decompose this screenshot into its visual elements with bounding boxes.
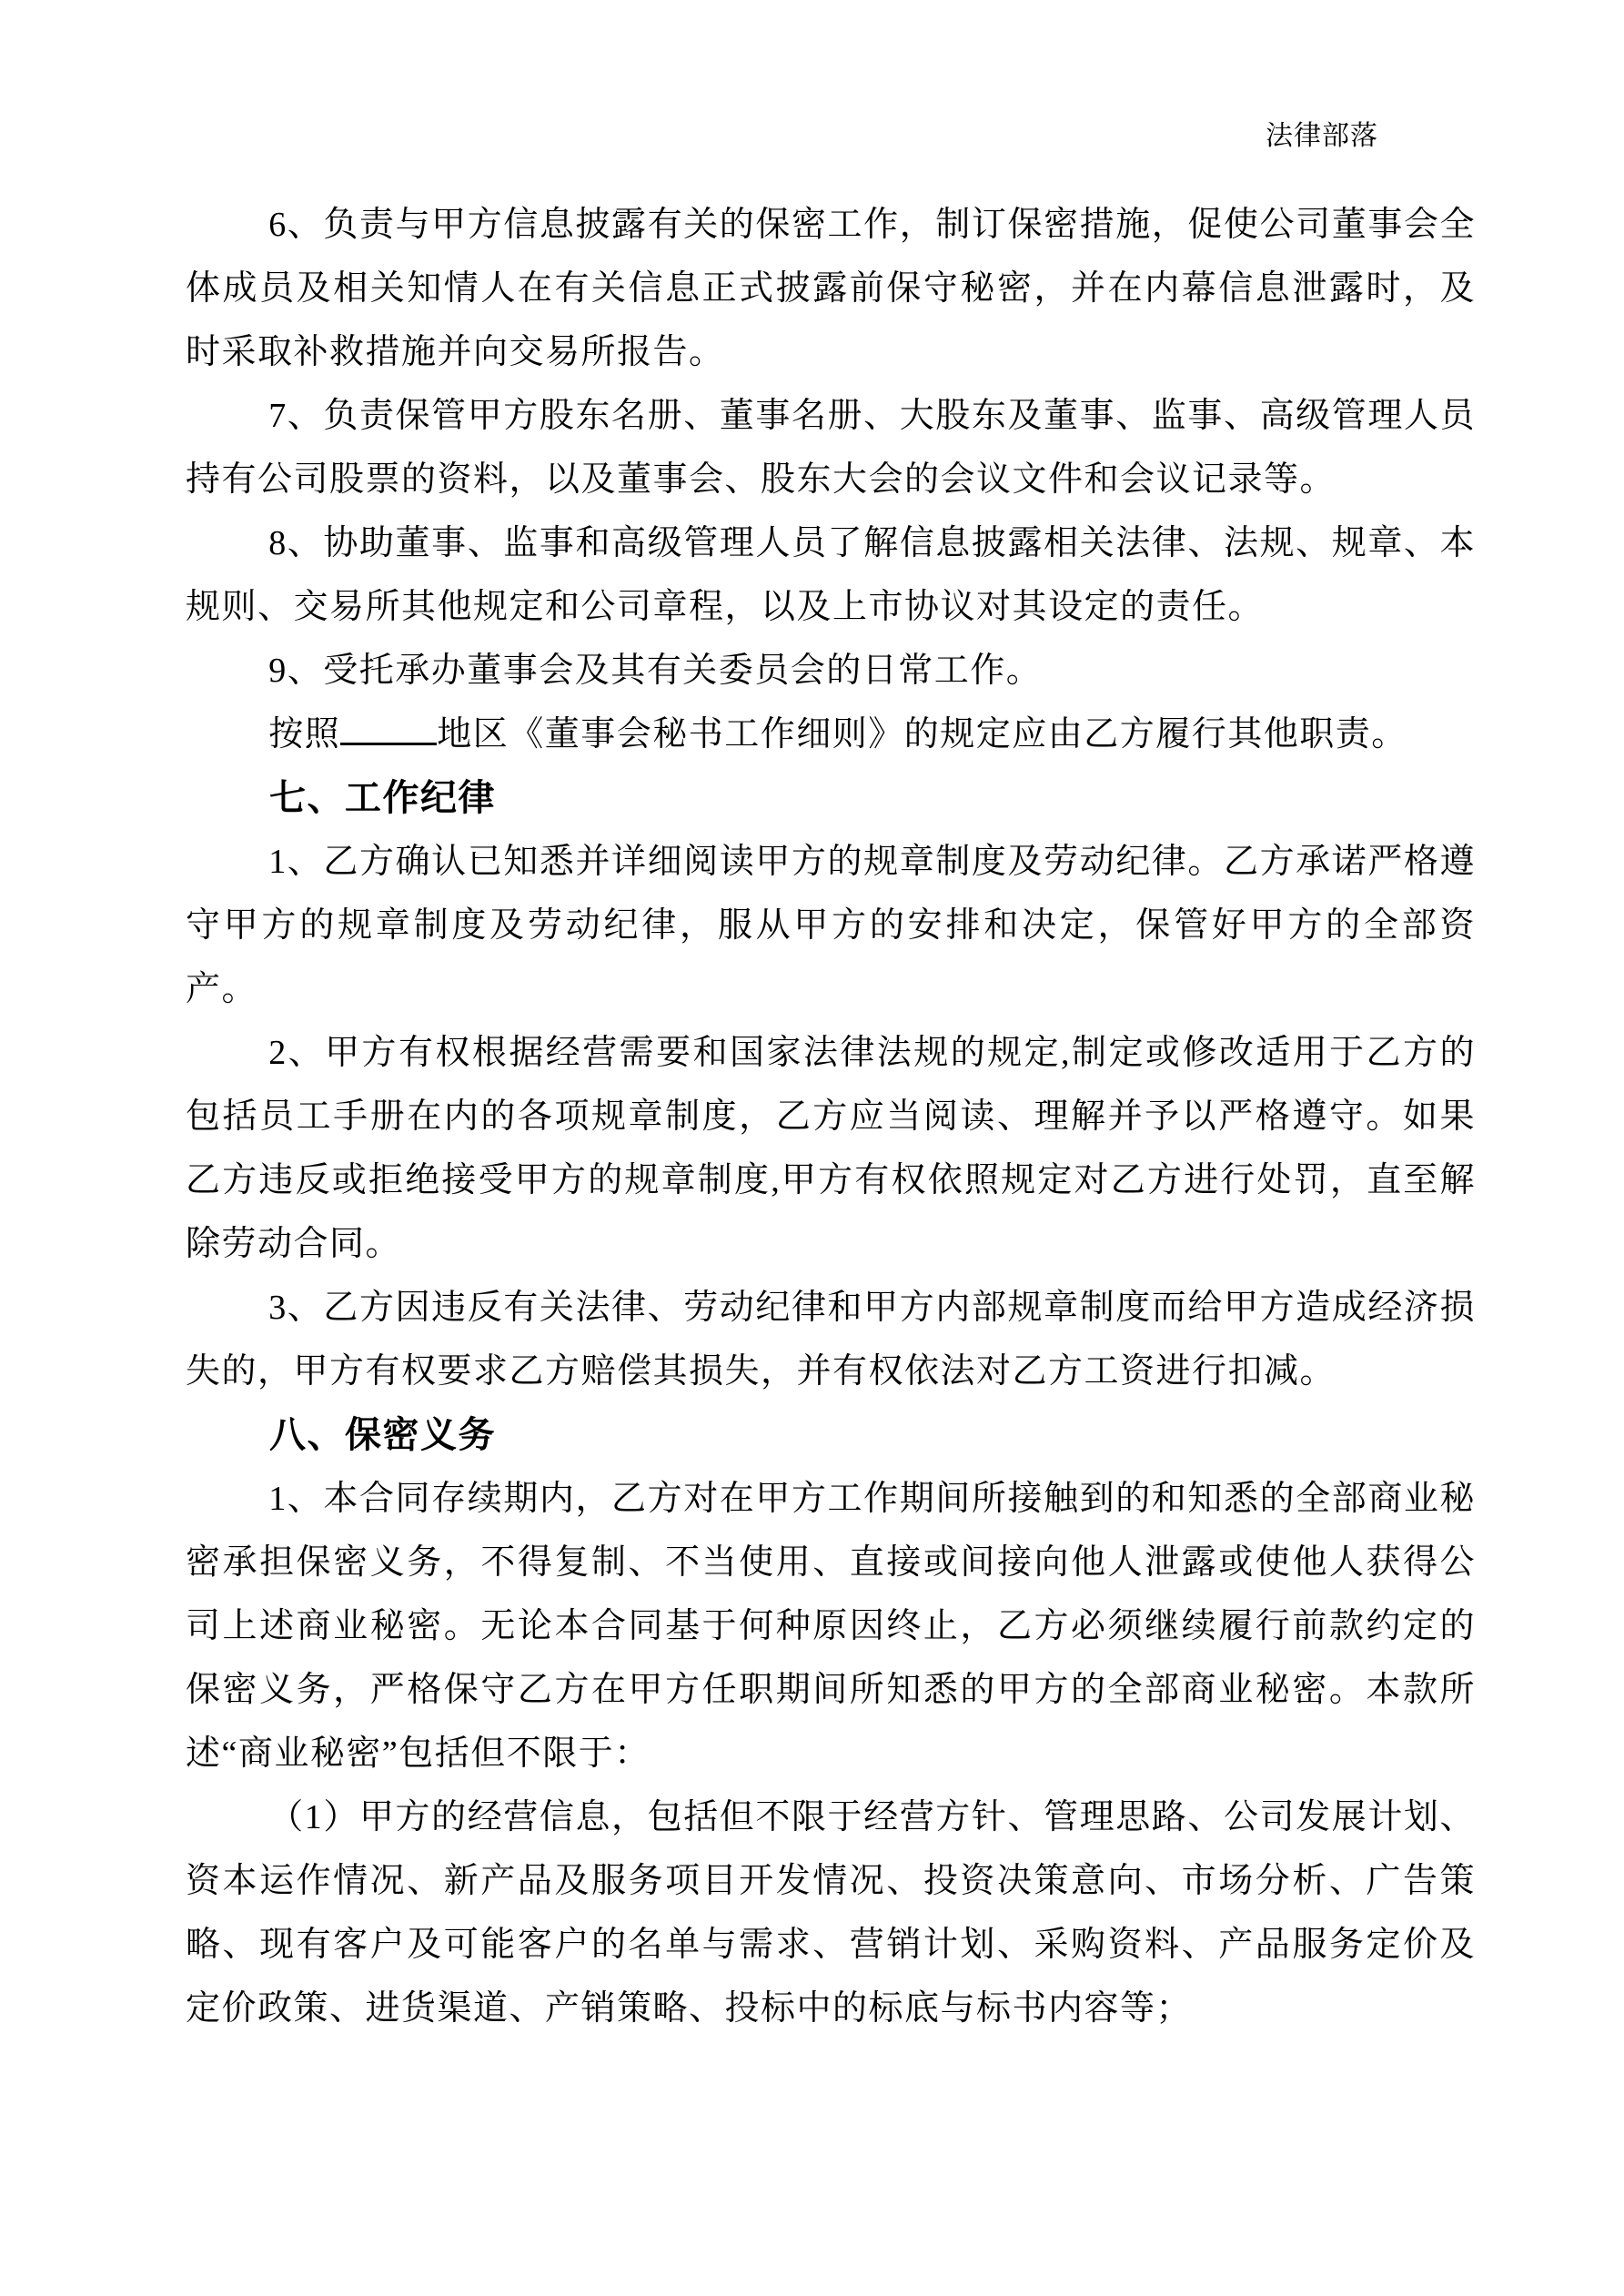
clause-8-paragraph: 8、协助董事、监事和高级管理人员了解信息披露相关法律、法规、规章、本规则、交易所… (186, 511, 1476, 639)
section-7-clause-1-paragraph: 1、乙方确认已知悉并详细阅读甲方的规章制度及劳动纪律。乙方承诺严格遵守甲方的规章… (186, 830, 1476, 1021)
section-8-clause-1-paragraph: 1、本合同存续期内，乙方对在甲方工作期间所接触到的和知悉的全部商业秘密承担保密义… (186, 1467, 1476, 1785)
section-7-clause-2-paragraph: 2、甲方有权根据经营需要和国家法律法规的规定,制定或修改适用于乙方的包括员工手册… (186, 1021, 1476, 1276)
document-page: 法律部落 6、负责与甲方信息披露有关的保密工作，制订保密措施，促使公司董事会全体… (0, 0, 1624, 2296)
section-7-clause-3-paragraph: 3、乙方因违反有关法律、劳动纪律和甲方内部规章制度而给甲方造成经济损失的，甲方有… (186, 1276, 1476, 1403)
clause-7-paragraph: 7、负责保管甲方股东名册、董事名册、大股东及董事、监事、高级管理人员持有公司股票… (186, 384, 1476, 511)
clause-6-paragraph: 6、负责与甲方信息披露有关的保密工作，制订保密措施，促使公司董事会全体成员及相关… (186, 193, 1476, 384)
other-duties-suffix: 地区《董事会秘书工作细则》的规定应由乙方履行其他职责。 (437, 715, 1407, 754)
region-fill-in-blank (340, 710, 437, 745)
section-7-heading: 七、工作纪律 (186, 766, 1476, 830)
section-8-heading: 八、保密义务 (186, 1403, 1476, 1467)
clause-9-paragraph: 9、受托承办董事会及其有关委员会的日常工作。 (186, 639, 1476, 703)
watermark-label: 法律部落 (1266, 113, 1378, 153)
other-duties-paragraph: 按照地区《董事会秘书工作细则》的规定应由乙方履行其他职责。 (186, 703, 1476, 766)
section-8-item-1-paragraph: （1）甲方的经营信息，包括但不限于经营方针、管理思路、公司发展计划、资本运作情况… (186, 1785, 1476, 2040)
contract-body: 6、负责与甲方信息披露有关的保密工作，制订保密措施，促使公司董事会全体成员及相关… (186, 193, 1476, 2040)
other-duties-prefix: 按照 (268, 715, 340, 754)
